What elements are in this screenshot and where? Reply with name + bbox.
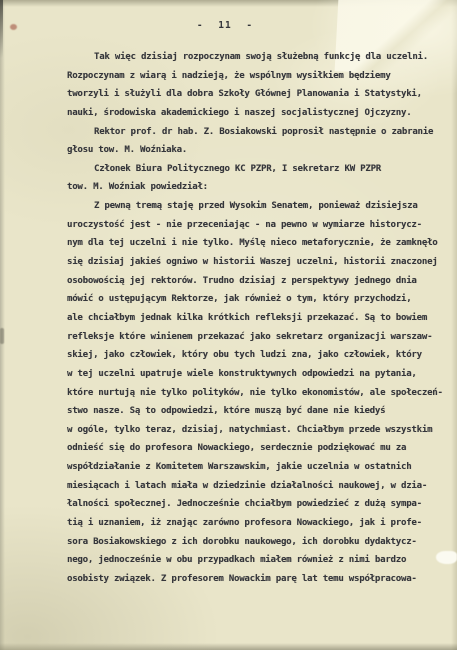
text-line: odnieść się do profesora Nowackiego, ser… <box>67 439 449 458</box>
text-line: miesiącach i latach miała w dziedzinie d… <box>67 477 449 496</box>
text-line: tow. M. Woźniak powiedział: <box>67 178 449 197</box>
text-line: Rektor prof. dr hab. Z. Bosiakowski popr… <box>67 123 449 142</box>
text-line: nego, jednocześnie w obu przypadkach mia… <box>67 551 449 570</box>
text-line: skiej, jako człowiek, który obu tych lud… <box>67 346 449 365</box>
text-line: tworzyli i służyli dla dobra Szkoły Głów… <box>67 85 449 104</box>
paper-speck <box>0 328 4 344</box>
text-line: w ogóle, tylko teraz, dzisiaj, natychmia… <box>67 421 449 440</box>
text-line: mówić o ustępującym Rektorze, jak równie… <box>67 290 449 309</box>
text-line: tią i uznaniem, iż znając zarówno profes… <box>67 514 449 533</box>
text-line: się dzisiaj jakieś ogniwo w historii Was… <box>67 253 449 272</box>
text-line: Członek Biura Politycznego KC PZPR, I se… <box>67 160 449 179</box>
page-number: - 11 - <box>0 20 450 31</box>
text-line: Z pewną tremą staję przed Wysokim Senate… <box>67 197 449 216</box>
whiteout-mark <box>436 551 457 564</box>
text-line: w tej uczelni upatruje wiele konstruktyw… <box>67 365 449 384</box>
text-line: Tak więc dzisiaj rozpoczynam swoją służe… <box>67 48 449 67</box>
text-line: łalności społecznej. Jednocześnie chciał… <box>67 495 449 514</box>
text-line: ale chciałbym jednak kilka krótkich refl… <box>67 309 449 328</box>
text-line: sora Bosiakowskiego z ich dorobku naukow… <box>67 533 449 552</box>
text-line: stwo nasze. Są to odpowiedzi, które musz… <box>67 402 449 421</box>
text-line: nauki, środowiska akademickiego i naszej… <box>67 104 449 123</box>
text-line: osobisty związek. Z profesorem Nowackim … <box>67 570 449 589</box>
text-line: osobowością jej rektorów. Trudno dzisiaj… <box>67 272 449 291</box>
text-line: nym dla tej uczelni i nie tylko. Myślę n… <box>67 234 449 253</box>
page-text: Tak więc dzisiaj rozpoczynam swoją służe… <box>67 48 449 589</box>
text-line: głosu tow. M. Woźniaka. <box>67 141 449 160</box>
text-line: współdziałanie z Komitetem Warszawskim, … <box>67 458 449 477</box>
text-line: refleksje które winienem przekazać jako … <box>67 328 449 347</box>
text-line: Rozpoczynam z wiarą i nadzieją, że wspól… <box>67 67 449 86</box>
text-line: uroczystość jest - nie przeceniając - na… <box>67 216 449 235</box>
document-page: - 11 - Tak więc dzisiaj rozpoczynam swoj… <box>0 0 457 650</box>
text-line: które nurtują nie tylko polityków, nie t… <box>67 384 449 403</box>
